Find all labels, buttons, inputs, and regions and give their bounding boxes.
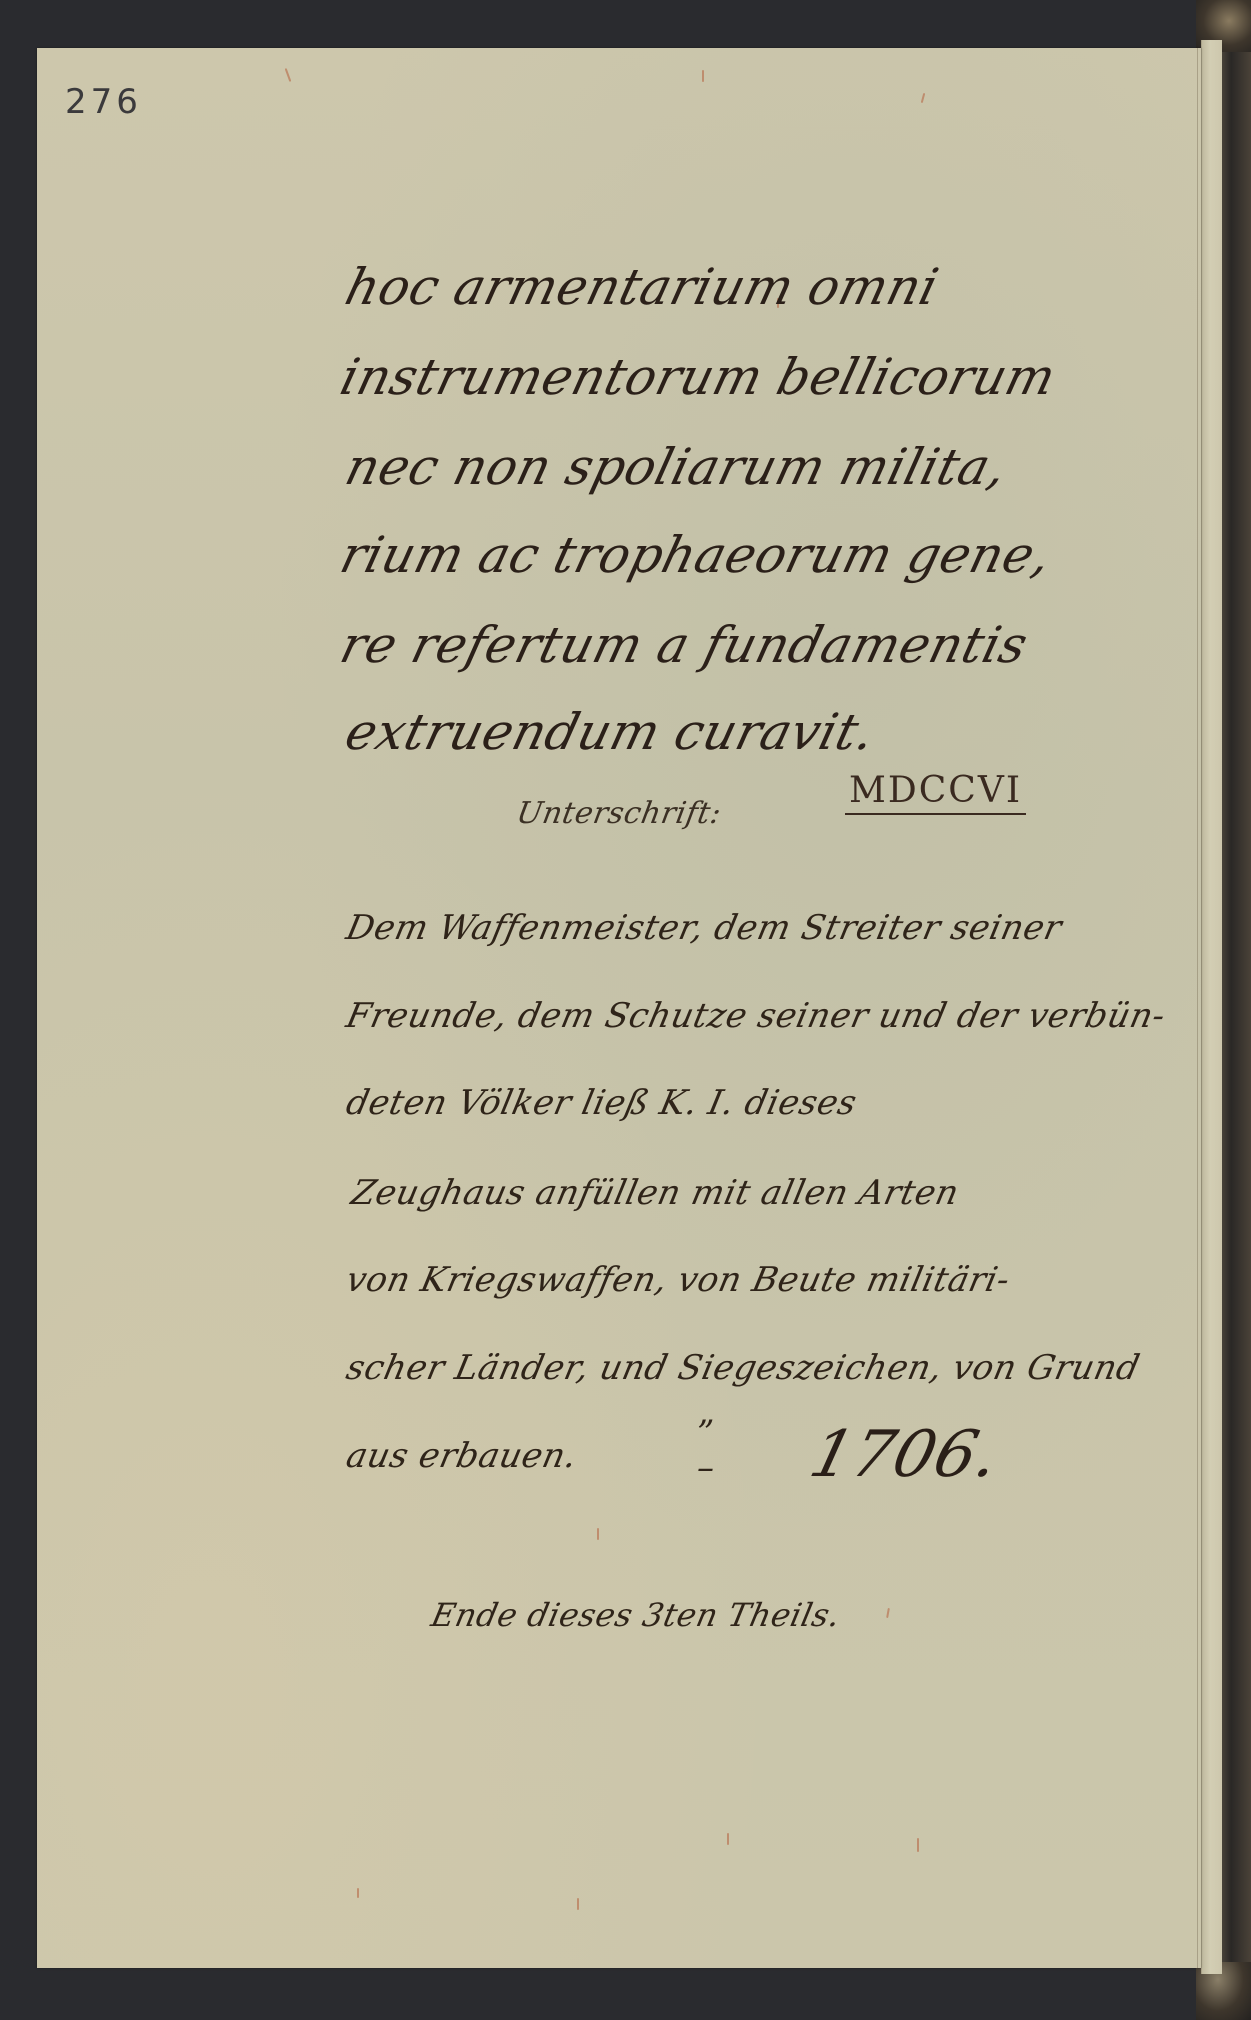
german-line-1: Dem Waffenmeister, dem Streiter seiner (343, 908, 1066, 948)
paper-fleck (577, 1898, 579, 1910)
manuscript-page: 276 hoc armentarium omni instrumentorum … (37, 48, 1201, 1968)
manuscript-scan: 276 hoc armentarium omni instrumentorum … (0, 0, 1251, 2020)
german-line-5: von Kriegswaffen, von Beute militäri- (343, 1260, 1014, 1300)
latin-line-2: instrumentorum bellicorum (335, 348, 1062, 406)
gutter-fold (1197, 48, 1198, 1968)
page-number: 276 (65, 82, 142, 122)
german-line-7: aus erbauen. (343, 1436, 581, 1476)
german-line-6: scher Länder, und Siegeszeichen, von Gru… (343, 1348, 1144, 1388)
latin-line-4: rium ac trophaeorum gene, (335, 526, 1058, 584)
closing-quote-mark: ” (697, 1413, 715, 1453)
german-line-3: deten Völker ließ K. I. dieses (343, 1083, 861, 1123)
paper-fleck (727, 1833, 729, 1845)
dash-mark: – (697, 1448, 715, 1488)
german-line-2: Freunde, dem Schutze seiner und der verb… (343, 996, 1169, 1036)
paper-fleck (917, 1838, 919, 1852)
paper-fleck (702, 70, 704, 82)
arabic-year: 1706. (803, 1418, 1007, 1492)
adjacent-page-edge (1201, 40, 1222, 1974)
latin-line-3: nec non spoliarum milita, (340, 438, 1013, 496)
paper-fleck (285, 68, 292, 82)
paper-fleck (921, 93, 926, 103)
signature-label: Unterschrift: (514, 796, 724, 831)
paper-fleck (886, 1608, 890, 1618)
paper-fleck (597, 1528, 599, 1540)
latin-line-5: re refertum a fundamentis (335, 616, 1034, 674)
german-line-4: Zeughaus anfüllen mit allen Arten (348, 1173, 963, 1213)
latin-line-1: hoc armentarium omni (340, 258, 945, 316)
latin-line-6: extruendum curavit. (340, 703, 881, 761)
roman-year: MDCCVI (845, 770, 1026, 815)
paper-fleck (357, 1888, 359, 1898)
closing-note: Ende dieses 3ten Theils. (428, 1596, 844, 1634)
